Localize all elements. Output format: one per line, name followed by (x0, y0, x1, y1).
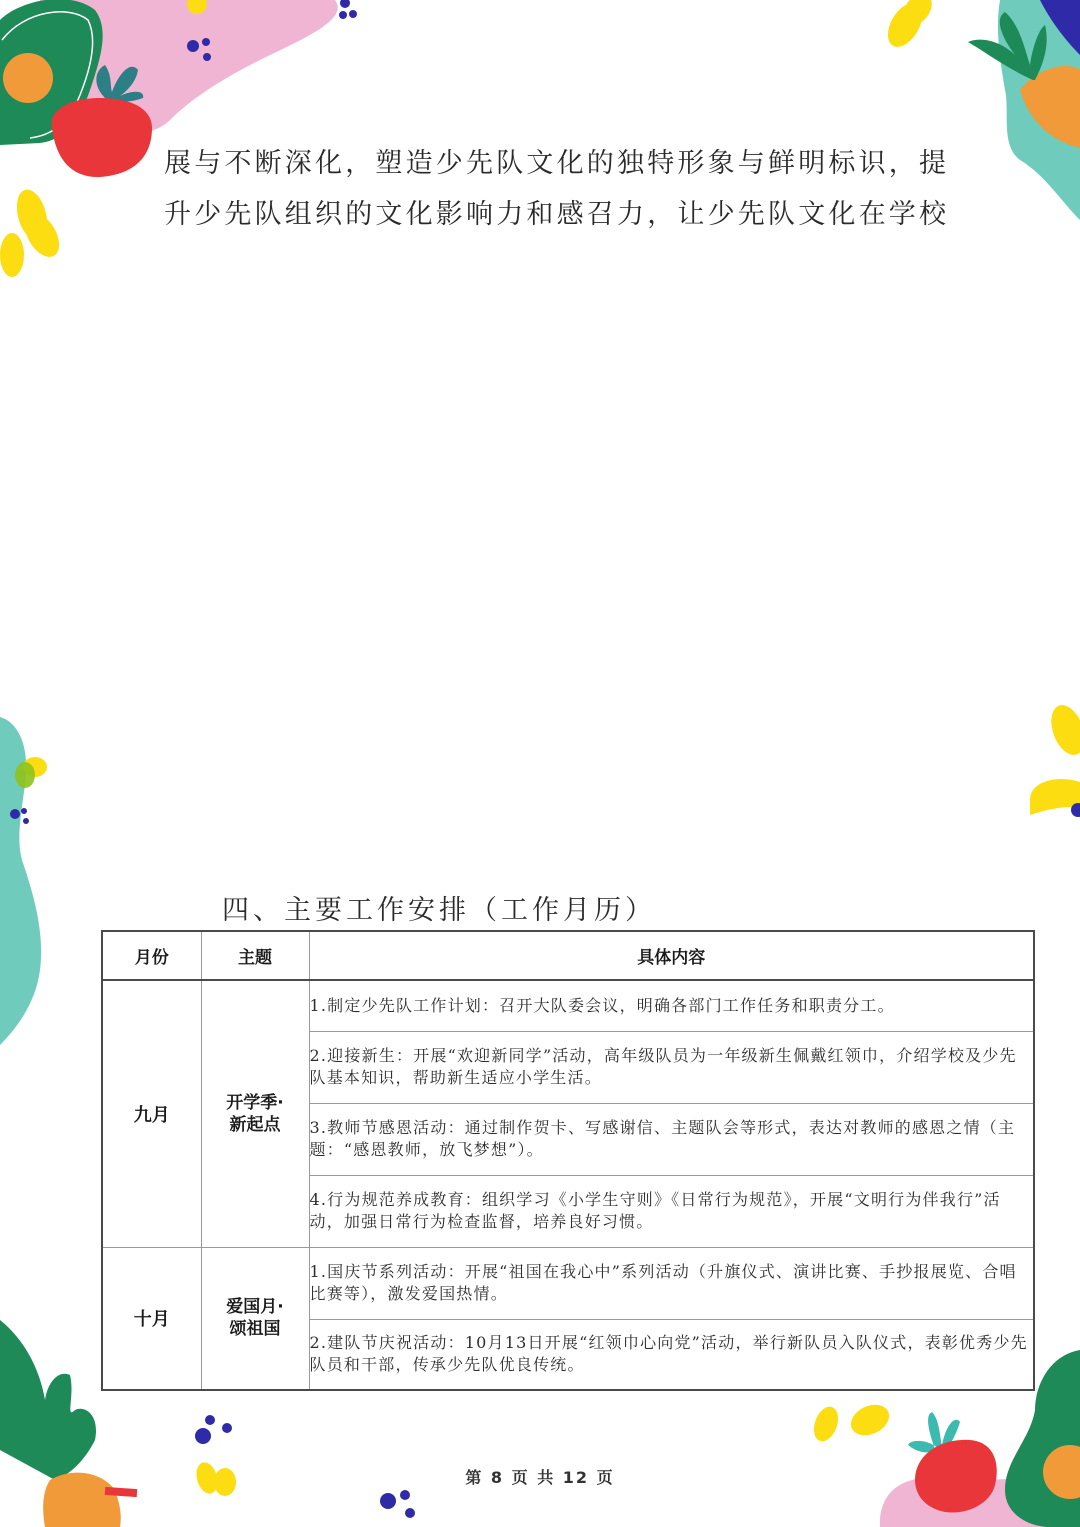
table-row: 十月 爱国月· 颂祖国 1.国庆节系列活动：开展“祖国在我心中”系列活动（升旗仪… (102, 1247, 1034, 1319)
teal-blob-top-right (998, 0, 1080, 220)
carrot-leaves-icon (968, 12, 1047, 80)
theme-line: 开学季· (202, 1092, 309, 1114)
avocado-seed-icon (3, 53, 53, 103)
carrot-icon (1020, 66, 1080, 148)
tomato-leaves-icon (96, 65, 143, 102)
teal-blob-mid-left (0, 717, 41, 1045)
paragraph-line: 展与不断深化，塑造少先队文化的独特形象与鲜明标识，提 (164, 138, 924, 189)
content-cell: 1.制定少先队工作计划：召开大队委会议，明确各部门工作任务和职责分工。 (309, 980, 1034, 1031)
month-cell: 九月 (102, 980, 201, 1247)
body-paragraph: 展与不断深化，塑造少先队文化的独特形象与鲜明标识，提 升少先队组织的文化影响力和… (164, 138, 924, 240)
tomato-icon (52, 98, 152, 177)
theme-line: 爱国月· (202, 1296, 309, 1318)
section-title: 四、主要工作安排（工作月历） (222, 888, 656, 927)
pink-blob-top-left (40, 0, 338, 134)
header-theme: 主题 (201, 931, 309, 980)
content-cell: 3.教师节感恩活动：通过制作贺卡、写感谢信、主题队会等形式，表达对教师的感恩之情… (309, 1103, 1034, 1175)
carrot-leaves-icon-bottom (0, 1320, 96, 1480)
table-row: 九月 开学季· 新起点 1.制定少先队工作计划：召开大队委会议，明确各部门工作任… (102, 980, 1034, 1031)
content-cell: 4.行为规范养成教育：组织学习《小学生守则》《日常行为规范》，开展“文明行为伴我… (309, 1175, 1034, 1247)
header-content: 具体内容 (309, 931, 1034, 980)
paragraph-line: 升少先队组织的文化影响力和感召力，让少先队文化在学校 (164, 189, 924, 240)
theme-cell: 开学季· 新起点 (201, 980, 309, 1247)
tomato-leaves-icon-bottom (908, 1412, 960, 1452)
content-cell: 1.国庆节系列活动：开展“祖国在我心中”系列活动（升旗仪式、演讲比赛、手抄报展览… (309, 1247, 1034, 1319)
content-cell: 2.迎接新生：开展“欢迎新同学”活动，高年级队员为一年级新生佩戴红领巾，介绍学校… (309, 1031, 1034, 1103)
page-number: 第 8 页 共 12 页 (0, 1465, 1080, 1488)
month-cell: 十月 (102, 1247, 201, 1390)
theme-line: 新起点 (202, 1114, 309, 1136)
avocado-icon (0, 0, 103, 145)
work-calendar-table: 月份 主题 具体内容 九月 开学季· 新起点 1.制定少先队工作计划：召开大队委… (101, 930, 1035, 1391)
theme-line: 颂祖国 (202, 1318, 309, 1340)
content-cell: 2.建队节庆祝活动：10月13日开展“红领巾心向党”活动，举行新队员入队仪式，表… (309, 1319, 1034, 1390)
header-month: 月份 (102, 931, 201, 980)
table-header-row: 月份 主题 具体内容 (102, 931, 1034, 980)
theme-cell: 爱国月· 颂祖国 (201, 1247, 309, 1390)
